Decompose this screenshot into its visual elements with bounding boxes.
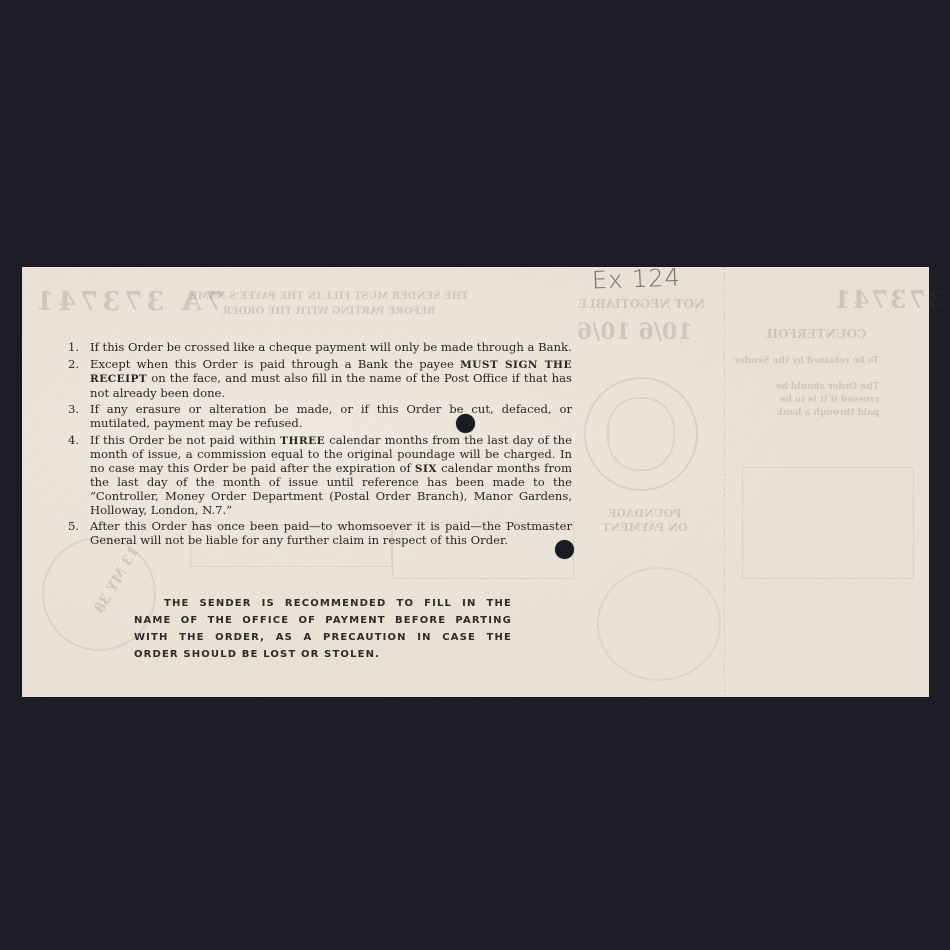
ghost-poundage: POUNDAGE ON PAYMENT <box>602 507 688 535</box>
ghost-poundage-label: POUNDAGE <box>602 507 688 521</box>
condition-emphasis: THREE <box>280 435 325 447</box>
punch-hole <box>456 414 475 433</box>
ghost-right-line: paid through a bank <box>734 407 879 420</box>
conditions-list: 1.If this Order be crossed like a cheque… <box>68 341 572 550</box>
condition-fragment: After this Order has once been paid—to w… <box>90 519 572 547</box>
ghost-not-negotiable: NOT NEGOTIABLE <box>578 297 705 311</box>
condition-item: 3.If any erasure or alteration be made, … <box>68 403 572 430</box>
condition-text: If this Order be crossed like a cheque p… <box>90 341 572 355</box>
condition-fragment: on the face, and must also fill in the n… <box>90 371 572 400</box>
ghost-stamp-circle-icon <box>597 567 721 681</box>
punch-hole <box>555 540 574 559</box>
condition-fragment: If this Order be not paid within <box>90 433 280 447</box>
ghost-poundage-sub: ON PAYMENT <box>602 521 688 535</box>
condition-number: 4. <box>68 434 90 518</box>
handwritten-note: Ex 124 <box>592 263 682 294</box>
ghost-counterfoil: COUNTERFOIL <box>764 327 867 341</box>
condition-item: 5.After this Order has once been paid—to… <box>68 520 572 547</box>
condition-emphasis: SIX <box>415 463 437 475</box>
condition-number: 2. <box>68 358 90 401</box>
ghost-right-line: The Order should be <box>734 381 879 394</box>
ghost-amount: 10/6 10/6 <box>577 319 693 345</box>
ghost-right-column: To be retained by the Sender The Order s… <box>734 355 879 420</box>
condition-fragment: Except when this Order is paid through a… <box>90 357 460 371</box>
condition-item: 1.If this Order be crossed like a cheque… <box>68 341 572 355</box>
ghost-header-line1: THE SENDER MUST FILL IN THE PAYEE'S NAME <box>190 289 468 304</box>
condition-fragment: If this Order be crossed like a cheque p… <box>90 340 572 354</box>
condition-fragment: If any erasure or alteration be made, or… <box>90 402 572 430</box>
ghost-right-line: crossed if it is to be <box>734 394 879 407</box>
condition-text: If any erasure or alteration be made, or… <box>90 403 572 430</box>
condition-text: If this Order be not paid within THREE c… <box>90 434 572 518</box>
condition-text: Except when this Order is paid through a… <box>90 358 572 401</box>
ghost-header: THE SENDER MUST FILL IN THE PAYEE'S NAME… <box>190 289 468 319</box>
ghost-header-line2: BEFORE PARTING WITH THE ORDER <box>190 304 468 319</box>
ghost-crest-inner-icon <box>607 397 675 471</box>
ghost-box <box>742 467 914 579</box>
condition-number: 5. <box>68 520 90 547</box>
perforation-line <box>724 267 725 697</box>
condition-text: After this Order has once been paid—to w… <box>90 520 572 547</box>
sender-recommendation: THE SENDER IS RECOMMENDED TO FILL IN THE… <box>134 595 512 663</box>
condition-number: 3. <box>68 403 90 430</box>
condition-number: 1. <box>68 341 90 355</box>
condition-item: 2.Except when this Order is paid through… <box>68 358 572 401</box>
postal-order-reverse: 7A 373741 THE SENDER MUST FILL IN THE PA… <box>22 267 929 697</box>
ghost-right-line: To be retained by the Sender <box>734 355 879 368</box>
ghost-serial-right: 7A 373741 <box>832 285 950 314</box>
condition-item: 4.If this Order be not paid within THREE… <box>68 434 572 518</box>
ghost-right-line <box>734 368 879 381</box>
